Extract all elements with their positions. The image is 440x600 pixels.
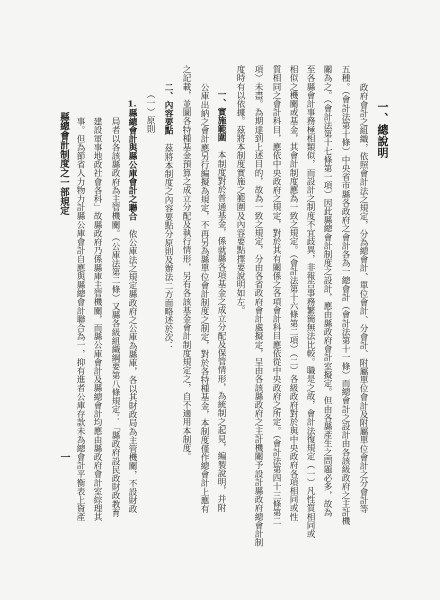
text-column: 1.縣總會計與縣公庫會計之聯合依公庫法之規定縣政府之公庫為縣庫，各以其財政局為主… [127, 100, 137, 513]
text-column: 之記載，並圖各特種基金預算之成立分配及執行情形，另有各該基金會計制度規定之，自不… [181, 65, 191, 461]
item-heading: 縣總會計與縣公庫會計之聯合 [127, 109, 137, 221]
text-column: 局者以各該縣政府為主管機關。（公庫法第二條）又縣各級組織綱要第八條規定：「縣政府… [110, 117, 120, 517]
subsection-heading-contents: 二、內容要點 [163, 83, 173, 135]
item-number: 1. [127, 100, 137, 109]
text-column: 事。但為節省人力物力計縣公庫會計自應與縣總會計聯合為一，抑有進者公庫存款未為總會… [75, 117, 85, 521]
section-heading: 一、總說明 [376, 101, 388, 159]
document-page: 一、總說明 政府會計之組織，依照會計法之規定，分為總會計、單位會計、分會計、附屬… [0, 0, 440, 600]
text-column: 五種。（會計法第十條）中央省市縣各政府之會計各為一總會計（會計法第十一條）而總會… [340, 65, 350, 525]
page-number: 一 [58, 452, 68, 462]
text-column: 建設軍事地政社會各科」故縣政府乃係縣庫主管機關，而縣公庫會計及縣總會計均應由縣政… [92, 117, 102, 521]
text-column: 二、內容要點茲將本制度之內容要點分原則及辦法二方面略述於次： [163, 83, 173, 350]
subsection-heading-scope: 一、實施範圍 [216, 90, 226, 142]
spacer [168, 135, 169, 144]
paragraph-text: 依公庫法之規定縣政府之公庫為縣庫，各以其財政局為主管機關，不設財政 [127, 229, 137, 513]
text-column: 質相同之會計科目，應依中央政府之規定，對於其有關係之各項會計科目應依從中央政府之… [271, 65, 281, 525]
text-column: 公庫出納之會計應另行編擬為規定，不再另為縣單位會計制度之制定，對於各特種基金，本… [199, 83, 209, 513]
subheading-principles: （一）原則 [145, 90, 155, 133]
text-column: 至各縣會計事務極相類似，而設計之制度不宜歧異，非報告事務繁簡無法比較。職是之故，… [305, 65, 315, 538]
text-column: 相似之機關或基金，其會計制度應為一致之規定。（會計法第十六條第二項）（二）各級政… [288, 65, 298, 521]
text-column: 項）未盡。為期達到上述目的，故為一致之規定，分由各省政府會計處擬定，呈由各該縣政… [253, 65, 263, 547]
text-column: 度時有以依據。茲將本制度實施之範圍及內容要點擇要說明如左。 [235, 65, 245, 314]
running-header: 縣總會計制度之一部規定 [58, 112, 68, 215]
text-column: 關為之。（會計法第十七條第一項）因此縣總會計制度之設計，應由縣政府會計室擬定。但… [322, 65, 332, 517]
spacer [221, 142, 222, 151]
paragraph-text: 茲將本制度之內容要點分原則及辦法二方面略述於次： [163, 144, 173, 350]
text-column: 一、實施範圍本制度對於普通基金，係就縣各項基金之成立分配及保管情形，為統制之起見… [216, 90, 226, 512]
paragraph-text: 本制度對於普通基金，係就縣各項基金之成立分配及保管情形，為統制之起見，編製說明，… [216, 151, 226, 512]
text-column: 政府會計之組織，依照會計法之規定，分為總會計、單位會計、分會計、附屬單位會計及附… [358, 83, 368, 513]
